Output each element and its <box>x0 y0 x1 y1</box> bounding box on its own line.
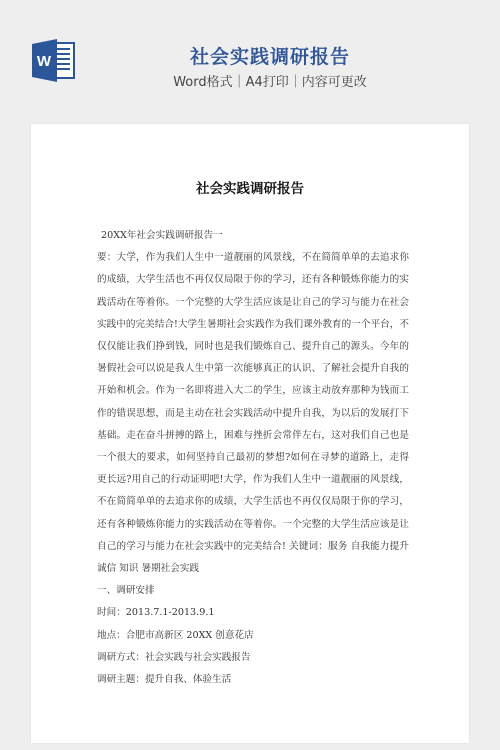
info-line-theme: 调研主题：提升自我、体验生活 <box>97 669 409 691</box>
info-value: 提升自我、体验生活 <box>145 674 231 685</box>
info-line-method: 调研方式：社会实践与社会实践报告 <box>97 647 409 669</box>
document-subtitle: 20XX年社会实践调研报告一 <box>97 225 409 247</box>
header-title: 社会实践调研报告 <box>160 44 380 70</box>
info-label: 调研主题： <box>97 674 145 685</box>
info-value: 合肥市高新区 20XX 创意花店 <box>126 630 254 641</box>
info-line-time: 时间：2013.7.1-2013.9.1 <box>97 602 409 624</box>
info-value: 社会实践与社会实践报告 <box>145 652 251 663</box>
info-label: 地点： <box>97 630 126 641</box>
section-heading: 一、调研安排 <box>97 580 409 602</box>
document-page: 社会实践调研报告 20XX年社会实践调研报告一 要：大学，作为我们人生中一道靓丽… <box>31 124 469 743</box>
info-label: 调研方式： <box>97 652 145 663</box>
svg-text:W: W <box>37 53 52 70</box>
info-line-location: 地点：合肥市高新区 20XX 创意花店 <box>97 625 409 647</box>
info-label: 时间： <box>97 607 126 618</box>
header-subtitle: Word格式｜A4打印｜内容可更改 <box>160 74 380 92</box>
document-body: 20XX年社会实践调研报告一 要：大学，作为我们人生中一道靓丽的风景线，不在简简… <box>97 225 409 691</box>
document-paragraph: 要：大学，作为我们人生中一道靓丽的风景线，不在简简单单的去追求你的成绩，大学生活… <box>97 247 409 580</box>
word-document-icon: W <box>31 39 77 82</box>
document-title: 社会实践调研报告 <box>31 179 469 199</box>
header-banner: W 社会实践调研报告 Word格式｜A4打印｜内容可更改 <box>0 0 500 124</box>
info-value: 2013.7.1-2013.9.1 <box>126 607 215 618</box>
